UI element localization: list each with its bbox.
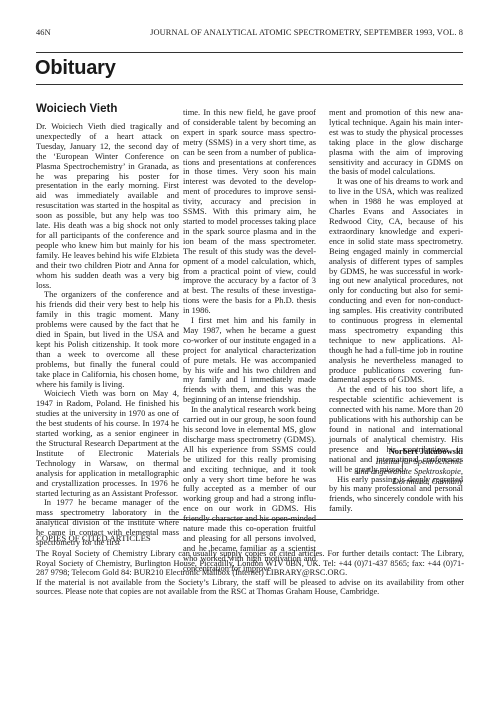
paragraph: Dr. Woiciech Vieth died tragically and u… <box>36 122 179 290</box>
article-title: Woiciech Vieth <box>36 103 117 115</box>
paragraph: Woiciech Vieth was born on May 4, 1947 i… <box>36 389 179 498</box>
paragraph: ment and promotion of this new ana­lytic… <box>329 108 463 177</box>
article-column-2: time. In this new field, he gave proof o… <box>183 108 316 574</box>
page-number: 46N <box>36 28 51 37</box>
copies-heading: COPIES OF CITED ARTICLES <box>36 533 151 543</box>
author-location: Dortmund, Germany <box>313 477 463 487</box>
paragraph: time. In this new field, he gave proof o… <box>183 108 316 316</box>
journal-citation: JOURNAL OF ANALYTICAL ATOMIC SPECTROMETR… <box>150 28 463 37</box>
paragraph: It was one of his dreams to work and to … <box>329 177 463 385</box>
title-rule <box>36 84 463 85</box>
paragraph: If the material is not available from th… <box>36 578 464 597</box>
copies-notice: The Royal Society of Chemistry Library c… <box>36 549 464 597</box>
article-column-1: Dr. Woiciech Vieth died tragically and u… <box>36 122 179 548</box>
author-signature: Norbert Jakubowski Institut für Spektroc… <box>313 447 463 487</box>
footer-rule <box>36 519 463 520</box>
paragraph: I first met him and his family in May 19… <box>183 316 316 405</box>
header-rule <box>36 52 463 53</box>
paragraph: The Royal Society of Chemistry Library c… <box>36 549 464 578</box>
section-title: Obituary <box>35 57 116 80</box>
paragraph: The organizers of the conference and his… <box>36 290 179 389</box>
running-head: 46N JOURNAL OF ANALYTICAL ATOMIC SPECTRO… <box>36 28 463 40</box>
